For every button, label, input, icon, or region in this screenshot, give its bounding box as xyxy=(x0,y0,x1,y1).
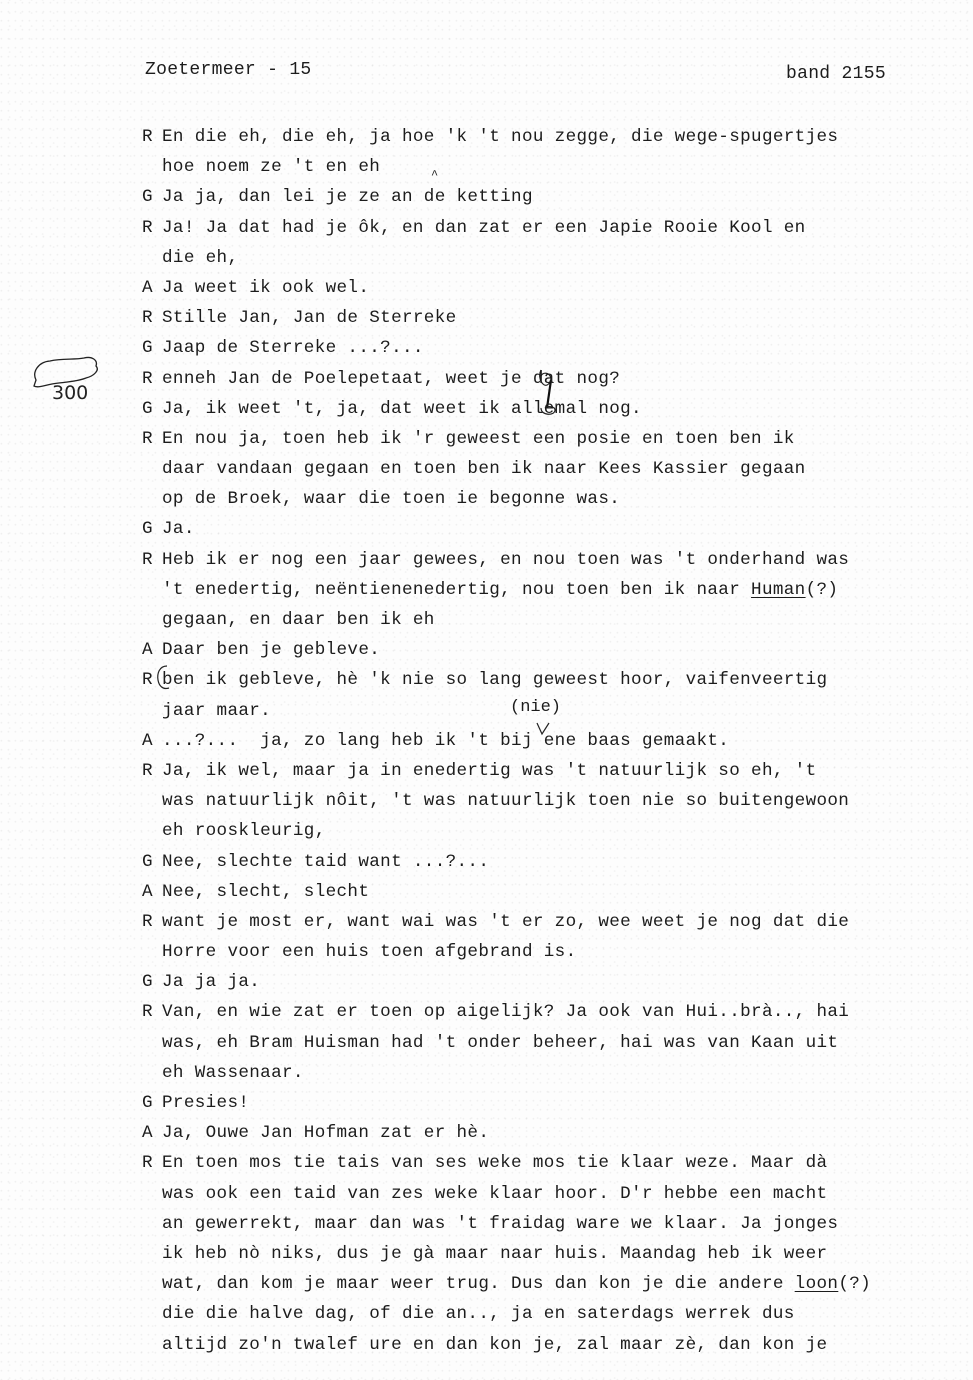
transcript-line: was ook een taid van zes weke klaar hoor… xyxy=(142,1179,962,1209)
transcript-line: op de Broek, waar die toen ie begonne wa… xyxy=(142,484,962,514)
transcript-line: was natuurlijk nôit, 't was natuurlijk t… xyxy=(142,786,962,816)
utterance-text: Stille Jan, Jan de Sterreke xyxy=(162,308,457,328)
transcript-line: altijd zo'n twalef ure en dan kon je, za… xyxy=(142,1330,962,1360)
speaker-label: R xyxy=(142,1148,162,1178)
speaker-label: R xyxy=(142,213,162,243)
uncertain-word: loon xyxy=(795,1274,839,1294)
utterance-text: altijd zo'n twalef ure en dan kon je, za… xyxy=(162,1335,827,1355)
transcript-line: gegaan, en daar ben ik eh xyxy=(142,605,962,635)
document-location: Zoetermeer - 15 xyxy=(145,60,312,80)
speaker-label: R xyxy=(142,756,162,786)
transcript-line: ik heb nò niks, dus je gà maar naar huis… xyxy=(142,1239,962,1269)
utterance-text: want je most er, want wai was 't er zo, … xyxy=(162,912,849,932)
speaker-label: R xyxy=(142,997,162,1027)
speaker-label: R xyxy=(142,364,162,394)
transcript-line: REn toen mos tie tais van ses weke mos t… xyxy=(142,1148,962,1178)
utterance-text: hoe noem ze 't en eh xyxy=(162,157,380,177)
utterance-text: was, eh Bram Huisman had 't onder beheer… xyxy=(162,1033,838,1053)
utterance-text: was ook een taid van zes weke klaar hoor… xyxy=(162,1184,827,1204)
utterance-text: Ja. xyxy=(162,519,195,539)
utterance-text: die die halve dag, of die an.., ja en sa… xyxy=(162,1304,795,1324)
utterance-text: ...?... ja, zo lang heb ik 't bij ene ba… xyxy=(162,731,729,751)
transcript-line: Rwant je most er, want wai was 't er zo,… xyxy=(142,907,962,937)
speaker-label: R xyxy=(142,424,162,454)
speaker-label: R xyxy=(142,303,162,333)
utterance-text: 't enedertig, neëntienenedertig, nou toe… xyxy=(162,580,838,600)
speaker-label: G xyxy=(142,967,162,997)
speaker-label: G xyxy=(142,182,162,212)
utterance-text: Daar ben je gebleve. xyxy=(162,640,380,660)
transcript-line: was, eh Bram Huisman had 't onder beheer… xyxy=(142,1028,962,1058)
transcript-line: REn nou ja, toen heb ik 'r geweest een p… xyxy=(142,424,962,454)
transcript-line: daar vandaan gegaan en toen ben ik naar … xyxy=(142,454,962,484)
speaker-label: R xyxy=(142,545,162,575)
transcript-line: GJa ja, dan lei je ze an de ketting xyxy=(142,182,962,212)
utterance-text: Heb ik er nog een jaar gewees, en nou to… xyxy=(162,550,849,570)
utterance-text: Ja, ik wel, maar ja in enedertig was 't … xyxy=(162,761,816,781)
speaker-label: R xyxy=(142,907,162,937)
utterance-text: En die eh, die eh, ja hoe 'k 't nou zegg… xyxy=(162,127,838,147)
uncertain-word: Human xyxy=(751,580,806,600)
speaker-label: G xyxy=(142,514,162,544)
speaker-label: R xyxy=(142,122,162,152)
transcript-line: ADaar ben je gebleve. xyxy=(142,635,962,665)
transcript-line: GJa ja ja. xyxy=(142,967,962,997)
utterance-text: Presies! xyxy=(162,1093,249,1113)
speaker-label: A xyxy=(142,635,162,665)
transcript-line: GJa, ik weet 't, ja, dat weet ik allemal… xyxy=(142,394,962,424)
utterance-text: Nee, slecht, slecht xyxy=(162,882,369,902)
utterance-text: Van, en wie zat er toen op aigelijk? Ja … xyxy=(162,1002,849,1022)
utterance-text: Ja, Ouwe Jan Hofman zat er hè. xyxy=(162,1123,489,1143)
speaker-label: A xyxy=(142,877,162,907)
speaker-label: G xyxy=(142,394,162,424)
utterance-text: gegaan, en daar ben ik eh xyxy=(162,610,435,630)
transcript-line: Renneh Jan de Poelepetaat, weet je dat n… xyxy=(142,364,962,394)
speaker-label: G xyxy=(142,1088,162,1118)
transcript-line: GPresies! xyxy=(142,1088,962,1118)
speaker-label: A xyxy=(142,273,162,303)
utterance-text: wat, dan kom je maar weer trug. Dus dan … xyxy=(162,1274,871,1294)
transcript-line: RVan, en wie zat er toen op aigelijk? Ja… xyxy=(142,997,962,1027)
speaker-label: A xyxy=(142,726,162,756)
transcript-line: REn die eh, die eh, ja hoe 'k 't nou zeg… xyxy=(142,122,962,152)
transcript-line: AJa, Ouwe Jan Hofman zat er hè. xyxy=(142,1118,962,1148)
transcript-line: eh Wassenaar. xyxy=(142,1058,962,1088)
transcript-line: ANee, slecht, slecht xyxy=(142,877,962,907)
utterance-text: eh rooskleurig, xyxy=(162,821,326,841)
utterance-text: Ja weet ik ook wel. xyxy=(162,278,369,298)
transcript-line: A...?... ja, zo lang heb ik 't bij ene b… xyxy=(142,726,962,756)
transcript-line: RStille Jan, Jan de Sterreke xyxy=(142,303,962,333)
utterance-text: was natuurlijk nôit, 't was natuurlijk t… xyxy=(162,791,849,811)
transcript-line: Horre voor een huis toen afgebrand is. xyxy=(142,937,962,967)
utterance-text: Horre voor een huis toen afgebrand is. xyxy=(162,942,577,962)
transcript-line: AJa weet ik ook wel. xyxy=(142,273,962,303)
utterance-text: an gewerrekt, maar dan was 't fraidag wa… xyxy=(162,1214,838,1234)
utterance-text: die eh, xyxy=(162,248,238,268)
transcript-body: REn die eh, die eh, ja hoe 'k 't nou zeg… xyxy=(142,122,962,1360)
utterance-text: ben ik gebleve, hè 'k nie so lang gewees… xyxy=(162,670,827,690)
utterance-text: En nou ja, toen heb ik 'r geweest een po… xyxy=(162,429,795,449)
utterance-text: ik heb nò niks, dus je gà maar naar huis… xyxy=(162,1244,827,1264)
utterance-text: Ja! Ja dat had je ôk, en dan zat er een … xyxy=(162,218,806,238)
utterance-text: op de Broek, waar die toen ie begonne wa… xyxy=(162,489,620,509)
transcript-line: RHeb ik er nog een jaar gewees, en nou t… xyxy=(142,545,962,575)
speaker-label: A xyxy=(142,1118,162,1148)
utterance-text: eh Wassenaar. xyxy=(162,1063,304,1083)
transcript-line: jaar maar. xyxy=(142,696,962,726)
utterance-text: Ja, ik weet 't, ja, dat weet ik allemal … xyxy=(162,399,642,419)
transcript-line: 't enedertig, neëntienenedertig, nou toe… xyxy=(142,575,962,605)
transcript-line: GJa. xyxy=(142,514,962,544)
utterance-text: Ja ja, dan lei je ze an de ketting xyxy=(162,187,533,207)
utterance-text: Jaap de Sterreke ...?... xyxy=(162,338,424,358)
speaker-label: R xyxy=(142,665,162,695)
utterance-text: enneh Jan de Poelepetaat, weet je dat no… xyxy=(162,369,620,389)
speaker-label: G xyxy=(142,333,162,363)
speaker-label: G xyxy=(142,847,162,877)
transcript-line: RJa! Ja dat had je ôk, en dan zat er een… xyxy=(142,213,962,243)
transcript-line: die die halve dag, of die an.., ja en sa… xyxy=(142,1299,962,1329)
transcript-line: an gewerrekt, maar dan was 't fraidag wa… xyxy=(142,1209,962,1239)
transcript-line: die eh, xyxy=(142,243,962,273)
tape-number: band 2155 xyxy=(786,64,886,84)
utterance-text: Nee, slechte taid want ...?... xyxy=(162,852,489,872)
utterance-text: En toen mos tie tais van ses weke mos ti… xyxy=(162,1153,827,1173)
transcript-line: wat, dan kom je maar weer trug. Dus dan … xyxy=(142,1269,962,1299)
transcript-line: RJa, ik wel, maar ja in enedertig was 't… xyxy=(142,756,962,786)
document-page: Zoetermeer - 15 band 2155 ^ 300 (nie) RE… xyxy=(0,0,973,1380)
utterance-text: daar vandaan gegaan en toen ben ik naar … xyxy=(162,459,806,479)
transcript-line: hoe noem ze 't en eh xyxy=(142,152,962,182)
transcript-line: eh rooskleurig, xyxy=(142,816,962,846)
transcript-line: GJaap de Sterreke ...?... xyxy=(142,333,962,363)
margin-counter-note: 300 xyxy=(52,382,88,404)
utterance-text: Ja ja ja. xyxy=(162,972,260,992)
transcript-line: Rben ik gebleve, hè 'k nie so lang gewee… xyxy=(142,665,962,695)
utterance-text: jaar maar. xyxy=(162,701,271,721)
transcript-line: GNee, slechte taid want ...?... xyxy=(142,847,962,877)
